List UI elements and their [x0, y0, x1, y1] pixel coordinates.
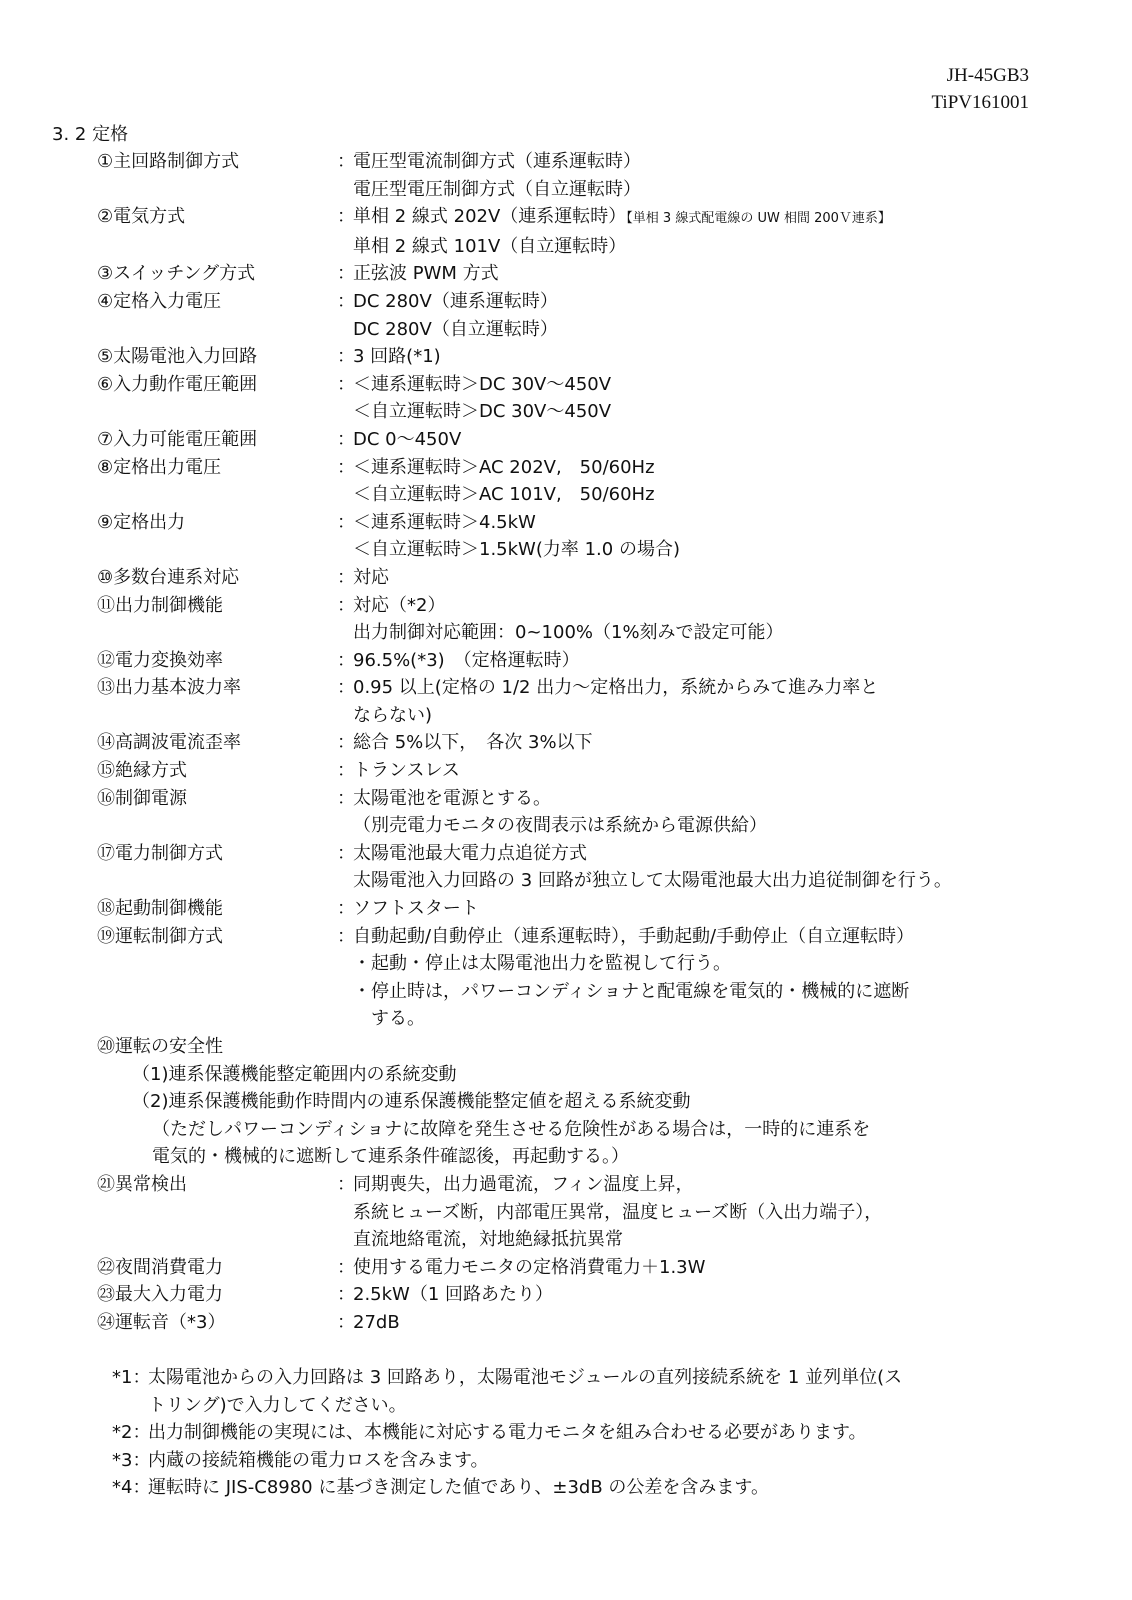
spec-label: ㉑異常検出 [97, 1171, 337, 1254]
footnote-mark: *1： [112, 1364, 148, 1419]
spec-value: 太陽電池を電源とする。（別売電力モニタの夜間表示は系統から電源供給） [353, 785, 1057, 840]
spec-value: 0.95 以上(定格の 1/2 出力～定格出力，系統からみて進み力率とならない) [353, 674, 1057, 729]
spec-colon: ： [337, 1309, 353, 1337]
spec-label: ⑤太陽電池入力回路 [97, 343, 337, 371]
spec-label: ㉓最大入力電力 [97, 1281, 337, 1309]
spec-value-line: DC 280V（連系運転時） [353, 288, 1057, 316]
footnote-text: 出力制御機能の実現には、本機能に対応する電力モニタを組み合わせる必要があります。 [148, 1419, 1052, 1447]
footnote-text: 運転時に JIS-C8980 に基づき測定した値であり、±3dB の公差を含みま… [148, 1474, 1052, 1502]
spec-colon: ： [337, 647, 353, 675]
spec-row: ⑲運転制御方式：自動起動/自動停止（連系運転時），手動起動/手動停止（自立運転時… [97, 923, 1057, 1033]
spec-colon: ： [337, 288, 353, 343]
spec-note: 【単相 3 線式配電線の UW 相間 200Ｖ連系】 [626, 211, 891, 226]
spec-row: ⑦入力可能電圧範囲：DC 0～450V [97, 426, 1057, 454]
spec-label: ⑲運転制御方式 [97, 923, 337, 1033]
spec-value: ＜連系運転時＞4.5kW＜自立運転時＞1.5kW(力率 1.0 の場合) [353, 509, 1057, 564]
footnote: *4：運転時に JIS-C8980 に基づき測定した値であり、±3dB の公差を… [112, 1474, 1052, 1502]
spec-colon: ： [337, 923, 353, 1033]
spec-colon: ： [337, 343, 353, 371]
spec-value: 同期喪失，出力過電流，フィン温度上昇，系統ヒューズ断，内部電圧異常，温度ヒューズ… [353, 1171, 1057, 1254]
footnote: *3：内蔵の接続箱機能の電力ロスを含みます。 [112, 1447, 1052, 1475]
spec-value: 使用する電力モニタの定格消費電力＋1.3W [353, 1254, 1057, 1282]
spec-value: 96.5%(*3) （定格運転時） [353, 647, 1057, 675]
spec-value-line: 同期喪失，出力過電流，フィン温度上昇， [353, 1171, 1057, 1199]
safety-label: ⑳運転の安全性 [97, 1033, 1057, 1061]
spec-label: ㉔運転音（*3） [97, 1309, 337, 1337]
spec-row: ⑤太陽電池入力回路：3 回路(*1) [97, 343, 1057, 371]
spec-row: ⑪出力制御機能：対応（*2）出力制御対応範囲：0~100%（1%刻みで設定可能） [97, 592, 1057, 647]
spec-colon: ： [337, 785, 353, 840]
spec-value-line: 使用する電力モニタの定格消費電力＋1.3W [353, 1254, 1057, 1282]
spec-value-line: 96.5%(*3) （定格運転時） [353, 647, 1057, 675]
spec-label: ⑦入力可能電圧範囲 [97, 426, 337, 454]
spec-value-line: ＜連系運転時＞4.5kW [353, 509, 1057, 537]
spec-value-line: ＜自立運転時＞DC 30V～450V [353, 398, 1057, 426]
footnotes: *1：太陽電池からの入力回路は 3 回路あり，太陽電池モジュールの直列接続系統を… [112, 1364, 1052, 1502]
spec-group-2: ㉑異常検出：同期喪失，出力過電流，フィン温度上昇，系統ヒューズ断，内部電圧異常，… [97, 1171, 1057, 1337]
footnote-mark: *3： [112, 1447, 148, 1475]
document-header: JH-45GB3 TiPV161001 [931, 62, 1029, 116]
spec-label: ⑧定格出力電圧 [97, 454, 337, 509]
spec-value: ＜連系運転時＞AC 202V, 50/60Hz＜自立運転時＞AC 101V, 5… [353, 454, 1057, 509]
spec-label: ⑭高調波電流歪率 [97, 729, 337, 757]
spec-value-text: 使用する電力モニタの定格消費電力＋1.3W [353, 1257, 705, 1278]
spec-label: ⑩多数台連系対応 [97, 564, 337, 592]
spec-value: 2.5kW（1 回路あたり） [353, 1281, 1057, 1309]
spec-value-line: 対応 [353, 564, 1057, 592]
spec-value-text: 単相 2 線式 202V（連系運転時） [353, 206, 626, 227]
spec-value-line: 総合 5%以下， 各次 3%以下 [353, 729, 1057, 757]
footnote-line: 運転時に JIS-C8980 に基づき測定した値であり、±3dB の公差を含みま… [148, 1474, 1052, 1502]
spec-value-text: 対応 [353, 567, 389, 588]
spec-label: ⑯制御電源 [97, 785, 337, 840]
spec-value-line: 電圧型電圧制御方式（自立運転時） [353, 176, 1057, 204]
spec-value-text: 電圧型電流制御方式（連系運転時） [353, 151, 641, 172]
spec-value-text: ソフトスタート [353, 898, 479, 919]
spec-value-line: 電圧型電流制御方式（連系運転時） [353, 148, 1057, 176]
spec-value: DC 280V（連系運転時）DC 280V（自立運転時） [353, 288, 1057, 343]
spec-value-line: 単相 2 線式 202V（連系運転時）【単相 3 線式配電線の UW 相間 20… [353, 203, 1057, 233]
spec-label: ②電気方式 [97, 203, 337, 260]
spec-value-text: 系統ヒューズ断，内部電圧異常，温度ヒューズ断（入出力端子）， [353, 1202, 882, 1223]
spec-row: ⑩多数台連系対応：対応 [97, 564, 1057, 592]
spec-value-line: 0.95 以上(定格の 1/2 出力～定格出力，系統からみて進み力率と [353, 674, 1057, 702]
spec-value: 正弦波 PWM 方式 [353, 260, 1057, 288]
spec-value-line: 太陽電池を電源とする。 [353, 785, 1057, 813]
spec-row: ③スイッチング方式：正弦波 PWM 方式 [97, 260, 1057, 288]
safety-item: （2)連系保護機能動作時間内の連系保護機能整定値を超える系統変動 [97, 1088, 1057, 1116]
spec-value-text: 96.5%(*3) （定格運転時） [353, 650, 580, 671]
spec-value-text: 0.95 以上(定格の 1/2 出力～定格出力，系統からみて進み力率と [353, 677, 878, 698]
spec-value-line: DC 280V（自立運転時） [353, 316, 1057, 344]
spec-value-text: 太陽電池入力回路の 3 回路が独立して太陽電池最大出力追従制御を行う。 [353, 870, 952, 891]
spec-value-text: ・起動・停止は太陽電池出力を監視して行う。 [353, 953, 731, 974]
spec-value-line: 太陽電池最大電力点追従方式 [353, 840, 1057, 868]
footnote-line: 出力制御機能の実現には、本機能に対応する電力モニタを組み合わせる必要があります。 [148, 1419, 1052, 1447]
spec-value-line: 単相 2 線式 101V（自立運転時） [353, 233, 1057, 261]
spec-value-line: DC 0～450V [353, 426, 1057, 454]
footnote-text: 太陽電池からの入力回路は 3 回路あり，太陽電池モジュールの直列接続系統を 1 … [148, 1364, 1052, 1419]
spec-value-text: ・停止時は，パワーコンディショナと配電線を電気的・機械的に遮断 [353, 981, 909, 1002]
spec-value: ソフトスタート [353, 895, 1057, 923]
spec-label: ⑰電力制御方式 [97, 840, 337, 895]
spec-value-text: DC 280V（連系運転時） [353, 291, 558, 312]
spec-value-line: 系統ヒューズ断，内部電圧異常，温度ヒューズ断（入出力端子）， [353, 1199, 1057, 1227]
spec-label: ⑱起動制御機能 [97, 895, 337, 923]
spec-value-text: 電圧型電圧制御方式（自立運転時） [353, 179, 641, 200]
spec-colon: ： [337, 426, 353, 454]
spec-value-text: ＜自立運転時＞DC 30V～450V [353, 401, 611, 422]
spec-row: ①主回路制御方式：電圧型電流制御方式（連系運転時）電圧型電圧制御方式（自立運転時… [97, 148, 1057, 203]
spec-value-line: ＜連系運転時＞DC 30V～450V [353, 371, 1057, 399]
footnote-line: 太陽電池からの入力回路は 3 回路あり，太陽電池モジュールの直列接続系統を 1 … [148, 1364, 1052, 1392]
spec-colon: ： [337, 260, 353, 288]
spec-label: ③スイッチング方式 [97, 260, 337, 288]
spec-value-line: 直流地絡電流，対地絶縁抵抗異常 [353, 1226, 1057, 1254]
spec-value-text: 2.5kW（1 回路あたり） [353, 1284, 553, 1305]
spec-row: ②電気方式：単相 2 線式 202V（連系運転時）【単相 3 線式配電線の UW… [97, 203, 1057, 260]
model-number: JH-45GB3 [931, 62, 1029, 89]
spec-label: ④定格入力電圧 [97, 288, 337, 343]
spec-value-line: 太陽電池入力回路の 3 回路が独立して太陽電池最大出力追従制御を行う。 [353, 867, 1057, 895]
spec-value-text: 総合 5%以下， 各次 3%以下 [353, 732, 593, 753]
spec-label: ⑥入力動作電圧範囲 [97, 371, 337, 426]
spec-value-text: 正弦波 PWM 方式 [353, 263, 499, 284]
document-id: TiPV161001 [931, 89, 1029, 116]
spec-row: ⑰電力制御方式：太陽電池最大電力点追従方式太陽電池入力回路の 3 回路が独立して… [97, 840, 1057, 895]
spec-row: ⑫電力変換効率：96.5%(*3) （定格運転時） [97, 647, 1057, 675]
spec-label: ⑮絶縁方式 [97, 757, 337, 785]
spec-colon: ： [337, 1254, 353, 1282]
spec-value-line: ＜自立運転時＞1.5kW(力率 1.0 の場合) [353, 536, 1057, 564]
spec-row: ⑯制御電源：太陽電池を電源とする。（別売電力モニタの夜間表示は系統から電源供給） [97, 785, 1057, 840]
spec-colon: ： [337, 371, 353, 426]
spec-colon: ： [337, 840, 353, 895]
spec-row: ⑨定格出力：＜連系運転時＞4.5kW＜自立運転時＞1.5kW(力率 1.0 の場… [97, 509, 1057, 564]
spec-value-text: 自動起動/自動停止（連系運転時），手動起動/手動停止（自立運転時） [353, 926, 914, 947]
spec-value-text: ＜連系運転時＞DC 30V～450V [353, 374, 611, 395]
spec-row: ⑧定格出力電圧：＜連系運転時＞AC 202V, 50/60Hz＜自立運転時＞AC… [97, 454, 1057, 509]
spec-colon: ： [337, 148, 353, 203]
footnote: *1：太陽電池からの入力回路は 3 回路あり，太陽電池モジュールの直列接続系統を… [112, 1364, 1052, 1419]
spec-colon: ： [337, 509, 353, 564]
spec-value-line: 3 回路(*1) [353, 343, 1057, 371]
footnote-text: 内蔵の接続箱機能の電力ロスを含みます。 [148, 1447, 1052, 1475]
spec-value-line: 出力制御対応範囲：0~100%（1%刻みで設定可能） [353, 619, 1057, 647]
safety-note-line: 電気的・機械的に遮断して連系条件確認後，再起動する。） [97, 1143, 1057, 1171]
spec-value-line: ソフトスタート [353, 895, 1057, 923]
safety-block: ⑳運転の安全性 （1)連系保護機能整定範囲内の系統変動 （2)連系保護機能動作時… [97, 1033, 1057, 1171]
spec-value-line: ＜連系運転時＞AC 202V, 50/60Hz [353, 454, 1057, 482]
spec-value-text: 太陽電池を電源とする。 [353, 788, 551, 809]
spec-colon: ： [337, 757, 353, 785]
spec-value-line: ・起動・停止は太陽電池出力を監視して行う。 [353, 950, 1057, 978]
spec-row: ⑬出力基本波力率：0.95 以上(定格の 1/2 出力～定格出力，系統からみて進… [97, 674, 1057, 729]
spec-colon: ： [337, 1281, 353, 1309]
spec-label: ㉒夜間消費電力 [97, 1254, 337, 1282]
spec-row: ㉓最大入力電力：2.5kW（1 回路あたり） [97, 1281, 1057, 1309]
spec-row: ⑥入力動作電圧範囲：＜連系運転時＞DC 30V～450V＜自立運転時＞DC 30… [97, 371, 1057, 426]
footnote-line: トリング)で入力してください。 [148, 1392, 1052, 1420]
spec-colon: ： [337, 674, 353, 729]
spec-value-line: 27dB [353, 1309, 1057, 1337]
spec-value: DC 0～450V [353, 426, 1057, 454]
spec-value-line: 2.5kW（1 回路あたり） [353, 1281, 1057, 1309]
spec-value: ＜連系運転時＞DC 30V～450V＜自立運転時＞DC 30V～450V [353, 371, 1057, 426]
spec-value-line: ・停止時は，パワーコンディショナと配電線を電気的・機械的に遮断 [353, 978, 1057, 1006]
spec-list: ①主回路制御方式：電圧型電流制御方式（連系運転時）電圧型電圧制御方式（自立運転時… [97, 148, 1057, 1337]
spec-value-text: トランスレス [353, 760, 460, 781]
spec-value: 27dB [353, 1309, 1057, 1337]
spec-value-line: トランスレス [353, 757, 1057, 785]
spec-value-text: 27dB [353, 1312, 400, 1333]
spec-value: 3 回路(*1) [353, 343, 1057, 371]
spec-row: ⑱起動制御機能：ソフトスタート [97, 895, 1057, 923]
spec-row: ⑭高調波電流歪率：総合 5%以下， 各次 3%以下 [97, 729, 1057, 757]
spec-value-line: 対応（*2） [353, 592, 1057, 620]
spec-value-line: する。 [353, 1005, 1057, 1033]
spec-row: ㉔運転音（*3）：27dB [97, 1309, 1057, 1337]
spec-label: ⑪出力制御機能 [97, 592, 337, 647]
footnote-line: 内蔵の接続箱機能の電力ロスを含みます。 [148, 1447, 1052, 1475]
spec-value-text: ならない) [353, 705, 432, 726]
spec-value: トランスレス [353, 757, 1057, 785]
spec-value-line: ＜自立運転時＞AC 101V, 50/60Hz [353, 481, 1057, 509]
spec-value-text: （別売電力モニタの夜間表示は系統から電源供給） [353, 815, 767, 836]
spec-row: ㉒夜間消費電力：使用する電力モニタの定格消費電力＋1.3W [97, 1254, 1057, 1282]
spec-value-line: ならない) [353, 702, 1057, 730]
spec-value-text: ＜自立運転時＞AC 101V, 50/60Hz [353, 484, 655, 505]
spec-value: 太陽電池最大電力点追従方式太陽電池入力回路の 3 回路が独立して太陽電池最大出力… [353, 840, 1057, 895]
spec-value: 自動起動/自動停止（連系運転時），手動起動/手動停止（自立運転時）・起動・停止は… [353, 923, 1057, 1033]
spec-value-line: 自動起動/自動停止（連系運転時），手動起動/手動停止（自立運転時） [353, 923, 1057, 951]
spec-colon: ： [337, 592, 353, 647]
spec-value: 電圧型電流制御方式（連系運転時）電圧型電圧制御方式（自立運転時） [353, 148, 1057, 203]
spec-label: ①主回路制御方式 [97, 148, 337, 203]
spec-value: 単相 2 線式 202V（連系運転時）【単相 3 線式配電線の UW 相間 20… [353, 203, 1057, 260]
spec-value: 対応（*2）出力制御対応範囲：0~100%（1%刻みで設定可能） [353, 592, 1057, 647]
spec-colon: ： [337, 895, 353, 923]
spec-value-text: DC 280V（自立運転時） [353, 319, 558, 340]
spec-label: ⑬出力基本波力率 [97, 674, 337, 729]
footnote: *2：出力制御機能の実現には、本機能に対応する電力モニタを組み合わせる必要があり… [112, 1419, 1052, 1447]
spec-value-line: （別売電力モニタの夜間表示は系統から電源供給） [353, 812, 1057, 840]
spec-colon: ： [337, 729, 353, 757]
spec-value-text: 3 回路(*1) [353, 346, 441, 367]
spec-row: ㉑異常検出：同期喪失，出力過電流，フィン温度上昇，系統ヒューズ断，内部電圧異常，… [97, 1171, 1057, 1254]
spec-value-text: ＜連系運転時＞4.5kW [353, 512, 536, 533]
spec-value-text: 直流地絡電流，対地絶縁抵抗異常 [353, 1229, 623, 1250]
spec-group-1: ①主回路制御方式：電圧型電流制御方式（連系運転時）電圧型電圧制御方式（自立運転時… [97, 148, 1057, 1033]
footnote-mark: *2： [112, 1419, 148, 1447]
spec-colon: ： [337, 203, 353, 260]
spec-value-text: DC 0～450V [353, 429, 461, 450]
spec-value-line: 正弦波 PWM 方式 [353, 260, 1057, 288]
spec-colon: ： [337, 454, 353, 509]
spec-value-text: ＜自立運転時＞1.5kW(力率 1.0 の場合) [353, 539, 680, 560]
spec-value: 総合 5%以下， 各次 3%以下 [353, 729, 1057, 757]
safety-item: （1)連系保護機能整定範囲内の系統変動 [97, 1061, 1057, 1089]
spec-label: ⑫電力変換効率 [97, 647, 337, 675]
spec-colon: ： [337, 1171, 353, 1254]
spec-value-text: 対応（*2） [353, 595, 445, 616]
spec-value-text: ＜連系運転時＞AC 202V, 50/60Hz [353, 457, 655, 478]
spec-value-text: する。 [353, 1008, 425, 1029]
spec-row: ④定格入力電圧：DC 280V（連系運転時）DC 280V（自立運転時） [97, 288, 1057, 343]
spec-value-text: 出力制御対応範囲：0~100%（1%刻みで設定可能） [353, 622, 784, 643]
spec-value-text: 単相 2 線式 101V（自立運転時） [353, 236, 626, 257]
safety-note-line: （ただしパワーコンディショナに故障を発生させる危険性がある場合は，一時的に連系を [97, 1116, 1057, 1144]
spec-value: 対応 [353, 564, 1057, 592]
section-title: 3. 2 定格 [52, 121, 128, 148]
footnote-mark: *4： [112, 1474, 148, 1502]
spec-colon: ： [337, 564, 353, 592]
spec-row: ⑮絶縁方式：トランスレス [97, 757, 1057, 785]
spec-value-text: 同期喪失，出力過電流，フィン温度上昇， [353, 1174, 694, 1195]
spec-label: ⑨定格出力 [97, 509, 337, 564]
spec-value-text: 太陽電池最大電力点追従方式 [353, 843, 587, 864]
